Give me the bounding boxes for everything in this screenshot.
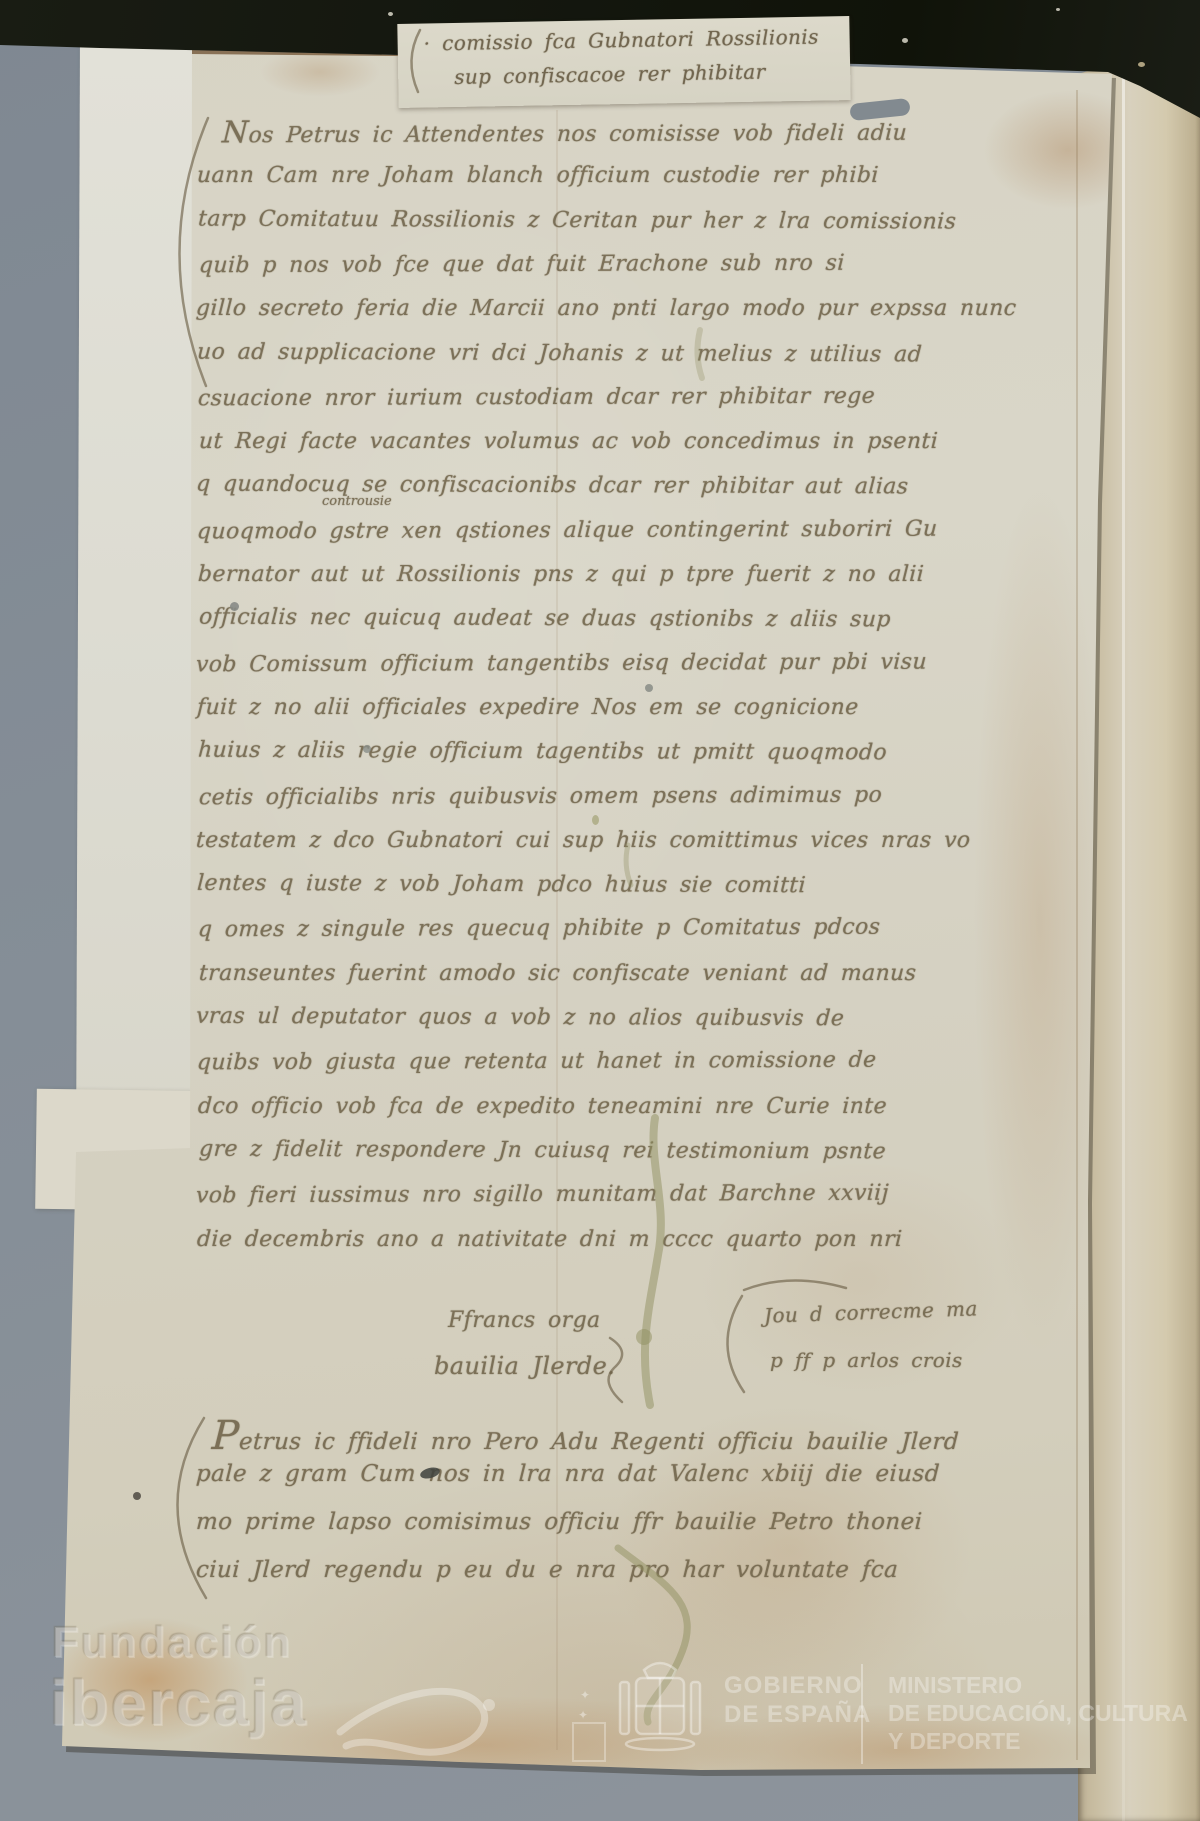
watermark-ministerio-line3: Y DEPORTE <box>888 1728 1021 1755</box>
watermark-ministerio-line1: MINISTERIO <box>888 1672 1022 1699</box>
watermark-star: ✦ <box>578 1708 588 1722</box>
watermark-fundacion: Fundación <box>52 1618 292 1668</box>
photo-canvas: · comissio fca Gubnatori Rossilionis sup… <box>0 0 1200 1821</box>
watermark-gobierno-line2: DE ESPAÑA <box>724 1701 871 1729</box>
postscript-line: ciui Jlerd regendu p eu du e nra pro har… <box>195 1557 899 1583</box>
wormhole-dot <box>133 1492 141 1500</box>
watermark-ministerio-line2: DE EDUCACIÓN, CULTURA <box>888 1700 1188 1727</box>
watermark-frame <box>572 1722 606 1762</box>
gray-dot <box>230 602 239 611</box>
watermark-ibercaja: ibercaja <box>50 1666 308 1740</box>
gray-dot <box>363 745 371 753</box>
watermark-gobierno-line1: GOBIERNO <box>724 1672 863 1700</box>
watermark-star: ✦ <box>580 1688 590 1702</box>
postscript-line: mo prime lapso comisimus officiu ffr bau… <box>195 1509 923 1535</box>
watermark-divider-line <box>861 1664 863 1764</box>
postscript-line: pale z gram Cum nos in lra nra dat Valen… <box>195 1461 940 1487</box>
postscript-block: Petrus ic ffideli nro Pero Adu Regenti o… <box>0 0 1200 1821</box>
postscript-line: Petrus ic ffideli nro Pero Adu Regenti o… <box>211 1413 961 1459</box>
gray-dot <box>645 684 653 692</box>
olive-speck <box>592 815 599 825</box>
